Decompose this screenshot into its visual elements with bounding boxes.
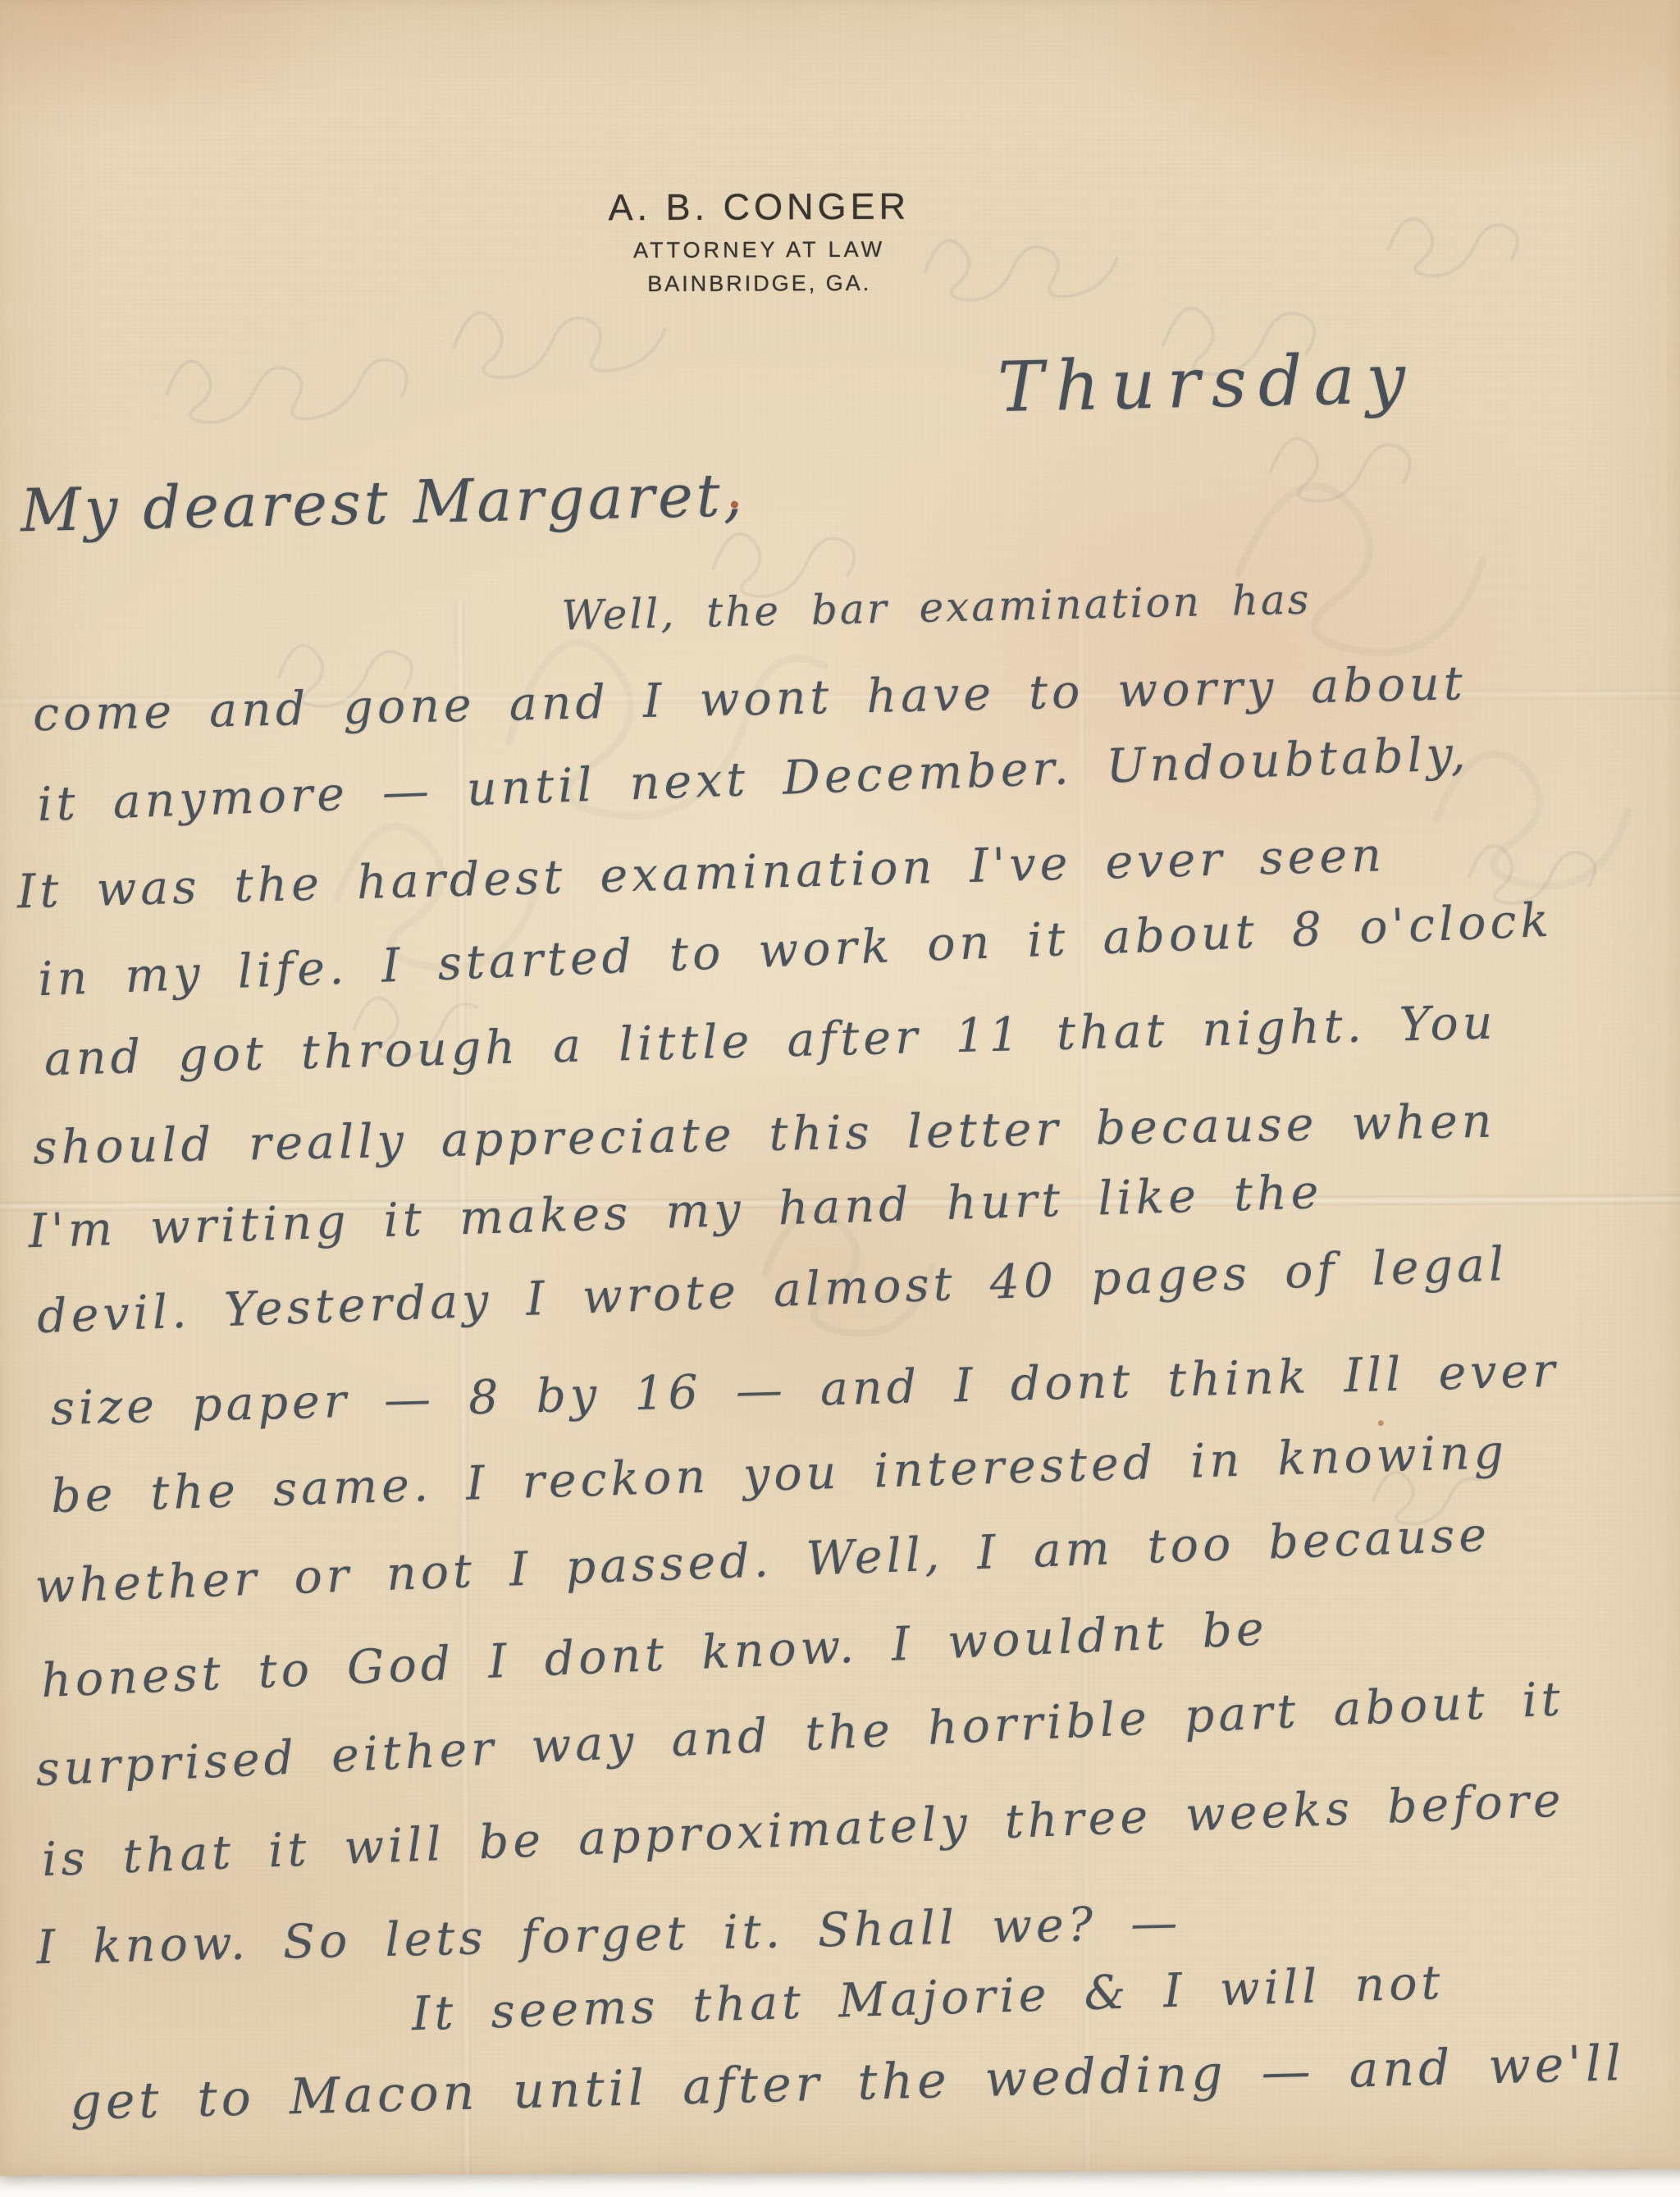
handwritten-line-13: honest to God I dont know. I wouldnt be bbox=[40, 1601, 1269, 1708]
date-line: Thursday bbox=[997, 338, 1417, 427]
letterhead-name: A. B. CONGER bbox=[608, 185, 910, 230]
handwritten-line-18: get to Macon until after the wedding — a… bbox=[70, 2035, 1626, 2131]
handwritten-line-16: I know. So lets forget it. Shall we? — bbox=[36, 1896, 1182, 1975]
handwritten-line-17: It seems that Majorie & I will not bbox=[411, 1956, 1445, 2041]
handwritten-line-9: devil. Yesterday I wrote almost 40 pages… bbox=[36, 1237, 1509, 1344]
handwritten-line-8: I'm writing it makes my hand hurt like t… bbox=[28, 1165, 1324, 1258]
handwritten-line-6: and got through a little after 11 that n… bbox=[43, 995, 1497, 1086]
letterhead-title: ATTORNEY AT LAW bbox=[633, 237, 885, 263]
handwritten-line-15: is that it will be approximately three w… bbox=[41, 1773, 1566, 1887]
handwritten-line-4: It was the hardest examination I've ever… bbox=[16, 828, 1386, 919]
letter-page: A. B. CONGER ATTORNEY AT LAW BAINBRIDGE,… bbox=[0, 0, 1680, 2176]
handwritten-line-11: be the same. I reckon you interested in … bbox=[50, 1425, 1509, 1523]
letterhead-location: BAINBRIDGE, GA. bbox=[647, 271, 871, 297]
handwritten-line-12: whether or not I passed. Well, I am too … bbox=[34, 1508, 1491, 1614]
handwritten-line-1: Well, the bar examination has bbox=[561, 576, 1312, 640]
salutation: My dearest Margaret, bbox=[20, 460, 746, 545]
scanned-letter: A. B. CONGER ATTORNEY AT LAW BAINBRIDGE,… bbox=[0, 0, 1680, 2197]
handwritten-line-7: should really appreciate this letter bec… bbox=[33, 1094, 1496, 1176]
handwritten-line-2: come and gone and I wont have to worry a… bbox=[32, 656, 1467, 742]
ink-speck bbox=[1378, 1420, 1384, 1426]
handwritten-line-10: size paper — 8 by 16 — and I dont think … bbox=[50, 1344, 1559, 1436]
handwritten-line-3: it anymore — until next December. Undoub… bbox=[36, 727, 1470, 832]
